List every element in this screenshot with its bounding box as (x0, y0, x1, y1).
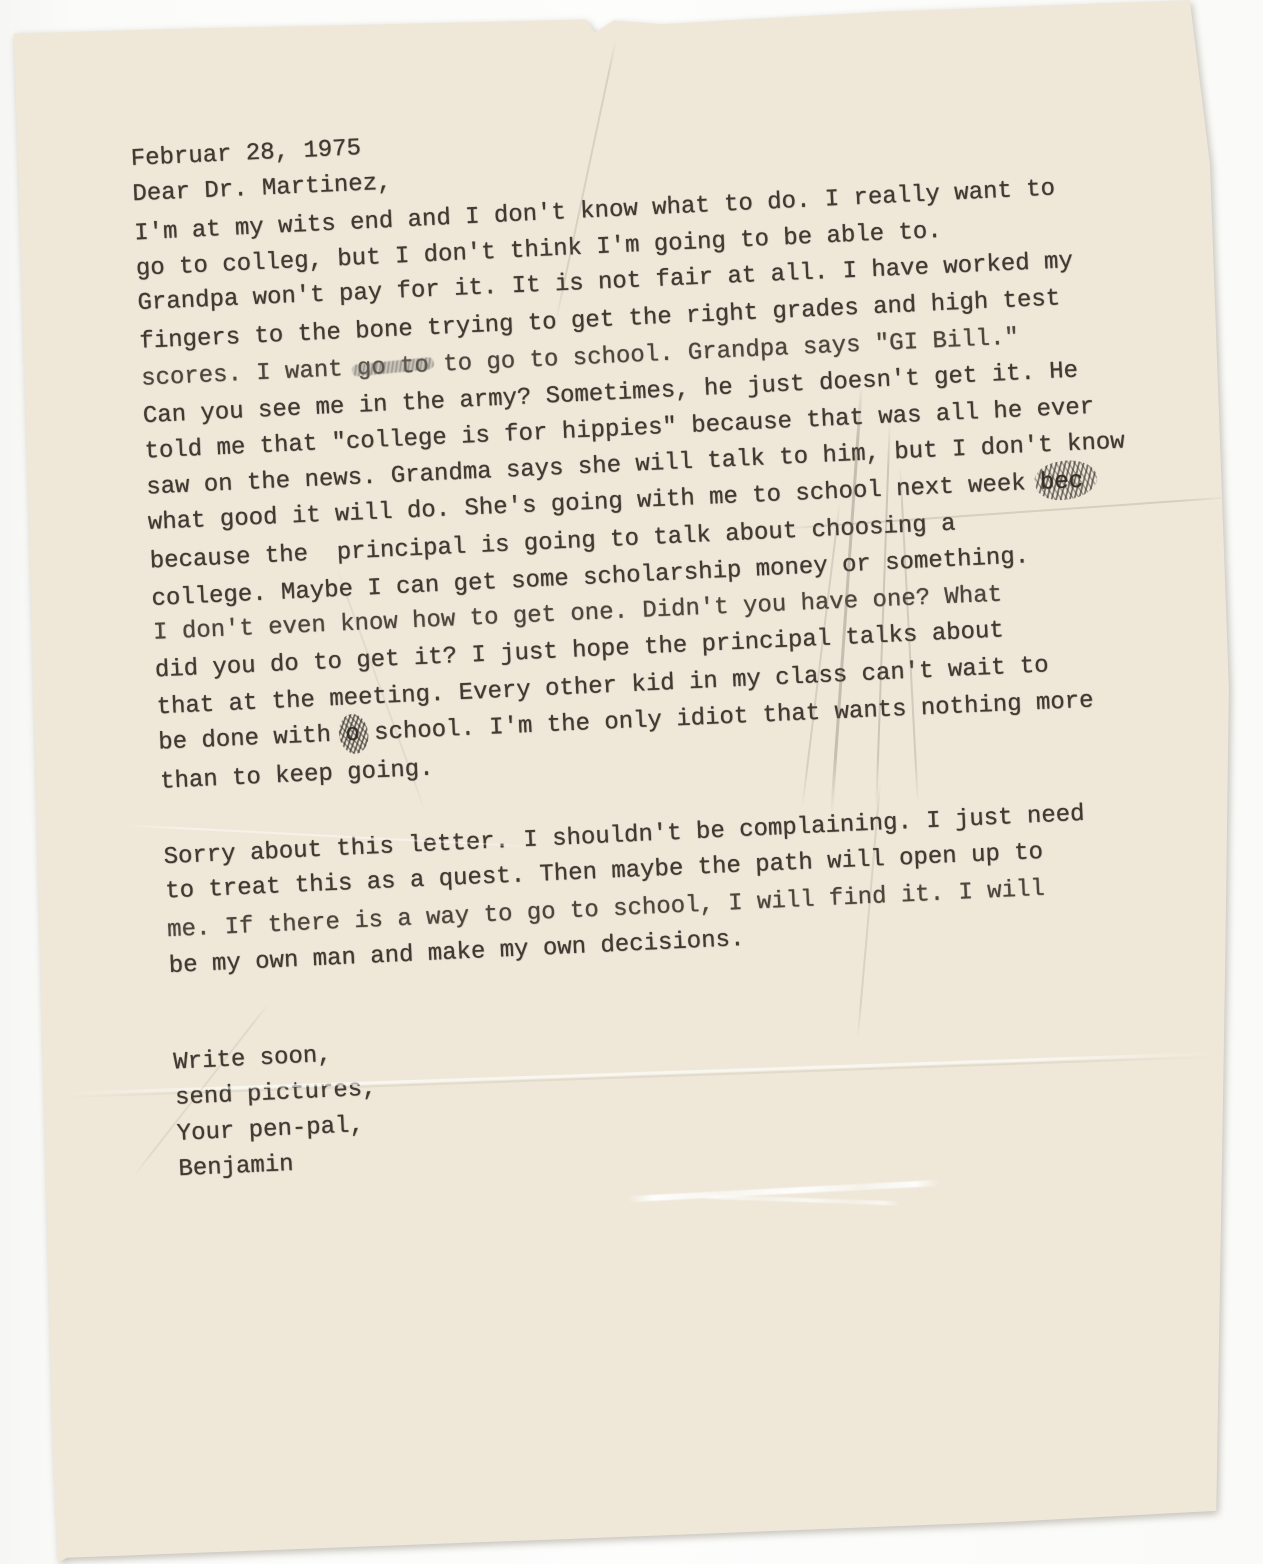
paper-tear (700, 1195, 900, 1206)
paper-shadow-wrap: Februar 28, 1975 Dear Dr. Martinez, I'm … (0, 0, 1263, 1564)
struck-out-text: bec (1039, 464, 1084, 503)
line-text: be done with (158, 721, 346, 756)
letter-text: Februar 28, 1975 Dear Dr. Martinez, I'm … (130, 90, 1263, 1190)
struck-out-text: o (345, 716, 361, 753)
line-text: scores. I want (141, 355, 358, 392)
scanned-letter-page: Februar 28, 1975 Dear Dr. Martinez, I'm … (0, 0, 1263, 1564)
letter-paper: Februar 28, 1975 Dear Dr. Martinez, I'm … (0, 0, 1263, 1564)
struck-out-text: go to (356, 348, 430, 388)
